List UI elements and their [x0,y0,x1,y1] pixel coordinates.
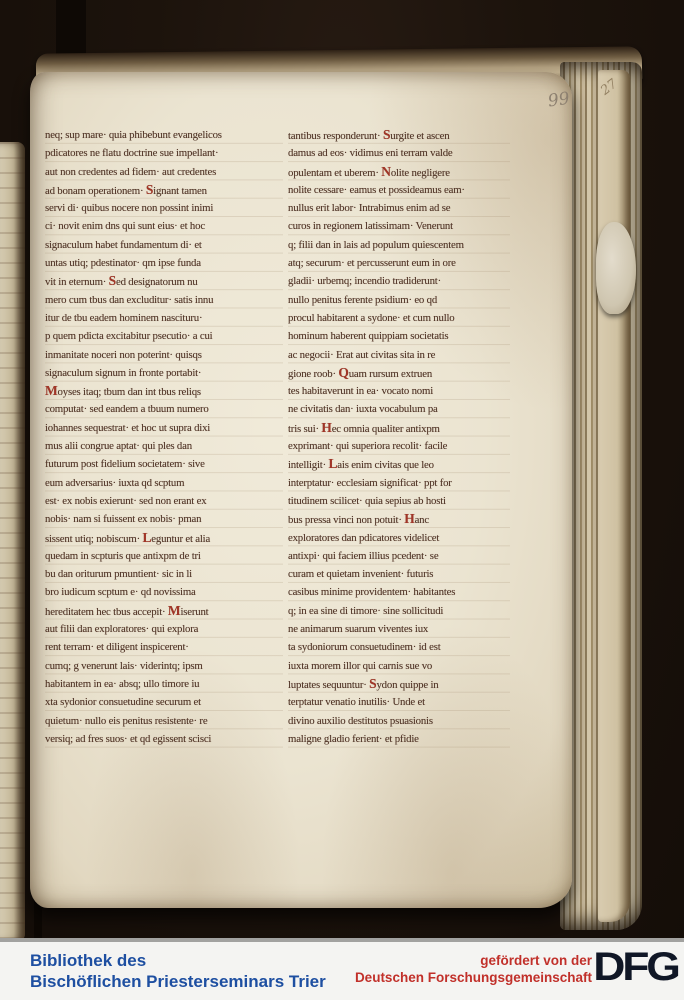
rubricated-initial: M [45,383,58,398]
manuscript-line: signaculum signum in fronte portabit· [45,364,283,382]
manuscript-line: itur de tbu eadem hominem nascituru· [45,309,283,327]
manuscript-line: ne animarum suarum viventes iux [288,620,510,638]
manuscript-line: ad bonam operationem· Signant tamen [45,181,283,199]
manuscript-line: cumq; g venerunt lais· viderintq; ipsm [45,657,283,675]
manuscript-line: gione roob· Quam rursum extruen [288,364,510,382]
manuscript-line: q; in ea sine di timore· sine sollicitud… [288,602,510,620]
manuscript-line: q; filii dan in lais ad populum quiescen… [288,236,510,254]
manuscript-line: bus pressa vinci non potuit· Hanc [288,510,510,528]
manuscript-line: luptates sequuntur· Sydon quippe in [288,675,510,693]
rubricated-initial: L [142,530,151,545]
sponsor-credit-line2: Deutschen Forschungsgemeinschaft [355,970,592,987]
manuscript-line: iohannes sequestrat· et hoc ut supra dix… [45,419,283,437]
manuscript-line: computat· sed eandem a tbuum numero [45,400,283,418]
rubricated-initial: S [146,182,153,197]
manuscript-line: iuxta morem illor qui carnis sue vo [288,657,510,675]
manuscript-line: tes habitaverunt in ea· vocato nomi [288,382,510,400]
manuscript-line: pdicatores ne flatu doctrine sue impella… [45,144,283,162]
rubricated-initial: H [404,511,414,526]
manuscript-line: nolite cessare· eamus et possideamus eam… [288,181,510,199]
manuscript-line: hereditatem hec tbus accepit· Miserunt [45,602,283,620]
manuscript-line: gladii· urbemq; incendio tradiderunt· [288,272,510,290]
manuscript-line: p quem pdicta excitabitur psecutio· a cu… [45,327,283,345]
manuscript-line: ta sydoniorum consuetudinem· id est [288,638,510,656]
manuscript-line: procul habitarent a sydone· et cum nullo [288,309,510,327]
sponsor-credit-line1: gefördert von der [355,953,592,970]
manuscript-line: versiq; ad fres suos· et qd egissent sci… [45,730,283,748]
torn-page-tab [596,222,636,314]
manuscript-line: divino auxilio destitutos psuasionis [288,712,510,730]
underlying-page-edge [598,70,630,922]
manuscript-line: bro iudicum scptum e· qd novissima [45,583,283,601]
manuscript-line: opulentam et uberem· Nolite negligere [288,163,510,181]
manuscript-line: Moyses itaq; tbum dan int tbus reliqs [45,382,283,400]
manuscript-line: sissent utiq; nobiscum· Leguntur et alia [45,529,283,547]
rubricated-initial: H [321,420,331,435]
manuscript-line: titudinem scilicet· quia sepius ab hosti [288,492,510,510]
manuscript-line: est· ex nobis exierunt· sed non erant ex [45,492,283,510]
manuscript-line: inmanitate noceri non poterint· quisqs [45,346,283,364]
rubricated-initial: Q [338,365,348,380]
folio-number: 99 [547,89,571,112]
manuscript-line: exprimant· qui superiora recolit· facile [288,437,510,455]
manuscript-line: atq; securum· et percusserunt eum in ore [288,254,510,272]
footer-bar: Bibliothek des Bischöflichen Priestersem… [0,938,684,1000]
rubricated-initial: S [383,127,390,142]
manuscript-line: ci· novit enim dns qui sunt eius· et hoc [45,217,283,235]
manuscript-line: quietum· nullo eis penitus resistente· r… [45,712,283,730]
manuscript-line: curam et quietam invenient· futuris [288,565,510,583]
scan-background: 99 27 neq; sup mare· quia phibebunt evan… [0,0,684,1000]
manuscript-line: xta sydonior consuetudine securum et [45,693,283,711]
library-name-line1: Bibliothek des [30,950,326,971]
manuscript-line: aut filii dan exploratores· qui explora [45,620,283,638]
manuscript-line: rent terram· et diligent inspicerent· [45,638,283,656]
manuscript-line: aut non credentes ad fidem· aut credente… [45,163,283,181]
manuscript-line: casibus minime providentem· habitantes [288,583,510,601]
library-name-line2: Bischöflichen Priesterseminars Trier [30,971,326,992]
manuscript-line: vit in eternum· Sed designatorum nu [45,272,283,290]
dfg-logo: DFG [594,944,678,990]
manuscript-line: exploratores dan pdicatores videlicet [288,529,510,547]
manuscript-line: habitantem in ea· absq; ullo timore iu [45,675,283,693]
manuscript-line: nobis· nam si fuissent ex nobis· pman [45,510,283,528]
rubricated-initial: L [328,456,337,471]
rubricated-initial: S [369,676,376,691]
manuscript-line: neq; sup mare· quia phibebunt evangelico… [45,126,283,144]
text-column-left: neq; sup mare· quia phibebunt evangelico… [45,126,283,748]
manuscript-line: interptatur· ecclesiam significat· ppt f… [288,474,510,492]
manuscript-line: mero cum tbus dan excluditur· satis innu [45,291,283,309]
facing-page-sliver [0,142,25,942]
manuscript-line: mus alii congrue aptat· qui ples dan [45,437,283,455]
manuscript-line: futurum post fidelium societatem· sive [45,455,283,473]
sponsor-credit: gefördert von der Deutschen Forschungsge… [355,953,592,986]
manuscript-line: antixpi· qui faciem illius pcedent· se [288,547,510,565]
library-name: Bibliothek des Bischöflichen Priestersem… [30,950,326,992]
manuscript-line: damus ad eos· vidimus eni terram valde [288,144,510,162]
manuscript-line: terptatur venatio inutilis· Unde et [288,693,510,711]
manuscript-line: nullus erit labor· Intrabimus enim ad se [288,199,510,217]
manuscript-line: intelligit· Lais enim civitas que leo [288,455,510,473]
manuscript-line: untas utiq; pdestinator· qm ipse funda [45,254,283,272]
manuscript-line: tris sui· Hec omnia qualiter antixpm [288,419,510,437]
manuscript-line: hominum haberent quippiam societatis [288,327,510,345]
manuscript-line: maligne gladio ferient· et pfidie [288,730,510,748]
manuscript-line: tantibus responderunt· Surgite et ascen [288,126,510,144]
rubricated-initial: M [168,603,181,618]
rubricated-initial: S [109,273,116,288]
manuscript-line: quedam in scpturis que antixpm de tri [45,547,283,565]
manuscript-line: bu dan oriturum pmuntient· sic in li [45,565,283,583]
manuscript-line: signaculum habet fundamentum di· et [45,236,283,254]
text-column-right: tantibus responderunt· Surgite et ascend… [288,126,510,748]
manuscript-line: servi di· quibus nocere non possint inim… [45,199,283,217]
manuscript-line: eum adversarius· iuxta qd scptum [45,474,283,492]
manuscript-line: ne civitatis dan· iuxta vocabulum pa [288,400,510,418]
manuscript-line: nullo penitus ferente psidium· eo qd [288,291,510,309]
manuscript-line: ac negocii· Erat aut civitas sita in re [288,346,510,364]
rubricated-initial: N [381,164,391,179]
manuscript-line: curos in regionem latissimam· Venerunt [288,217,510,235]
